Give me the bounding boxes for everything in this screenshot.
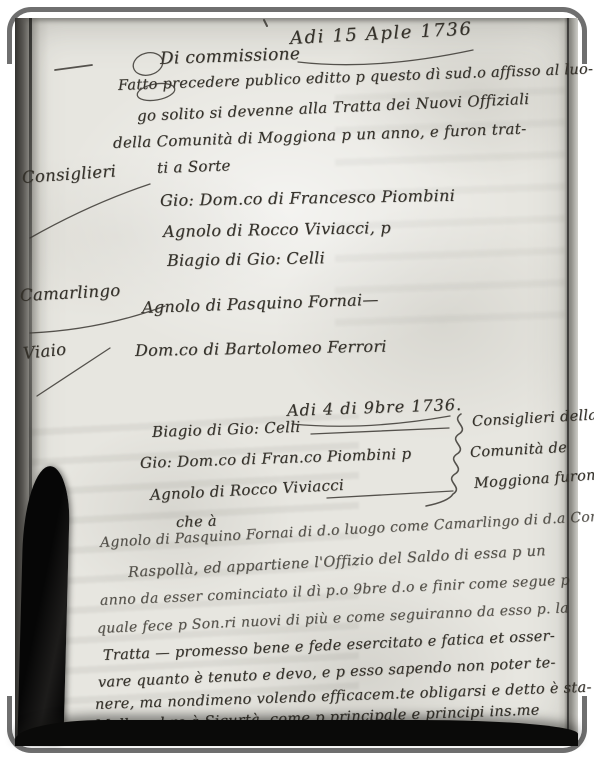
entry1-date-underline xyxy=(298,50,473,65)
camarlingo-flourish xyxy=(30,306,165,333)
page-bottom-shadow xyxy=(15,720,578,746)
entry2-date-underline xyxy=(292,416,450,426)
initial-swash-d xyxy=(131,49,166,78)
viaio-flourish xyxy=(37,348,110,396)
top-tick-mark xyxy=(264,20,267,26)
manuscript-scan-view: Adi 15 Aple 1736 Di commissione Fatto pr… xyxy=(0,0,594,760)
initial-swash-f xyxy=(136,81,176,103)
stray-dash-mark xyxy=(55,65,92,70)
manuscript-page: Adi 15 Aple 1736 Di commissione Fatto pr… xyxy=(15,18,578,746)
name-dash-line xyxy=(327,491,453,498)
ink-flourishes xyxy=(15,18,578,746)
name-dash-line xyxy=(311,428,449,434)
consiglieri-flourish xyxy=(30,184,150,238)
